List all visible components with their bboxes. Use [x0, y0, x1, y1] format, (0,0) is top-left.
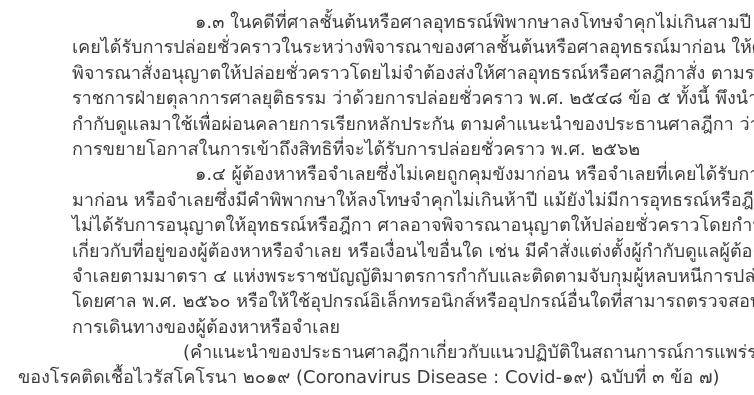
paragraph-section-1-4: ๑.๔ ผู้ต้องหาหรือจำเลยซึ่งไม่เคยถูกคุมขั… — [0, 162, 754, 340]
text-line: ๑.๓ ในคดีที่ศาลชั้นต้นหรือศาลอุทธรณ์พิพา… — [195, 10, 754, 35]
paragraph-section-1-3: ๑.๓ ในคดีที่ศาลชั้นต้นหรือศาลอุทธรณ์พิพา… — [0, 10, 754, 162]
text-line: (คำแนะนำของประธานศาลฎีกาเกี่ยวกับแนวปฏิบ… — [183, 340, 754, 365]
paragraph-citation-note: (คำแนะนำของประธานศาลฎีกาเกี่ยวกับแนวปฏิบ… — [0, 340, 754, 391]
text-line: จำเลยตามมาตรา ๔ แห่งพระราชบัญญัติมาตรการ… — [72, 264, 754, 289]
text-line: โดยศาล พ.ศ. ๒๕๖๐ หรือให้ใช้อุปกรณ์อิเล็ก… — [72, 289, 754, 314]
text-line: มาก่อน หรือจำเลยซึ่งมีคำพิพากษาให้ลงโทษจ… — [72, 188, 754, 213]
text-line: การขยายโอกาสในการเข้าถึงสิทธิที่จะได้รับ… — [72, 137, 754, 162]
text-line: ของโรคติดเชื้อไวรัสโคโรนา ๒๐๑๙ (Coronavi… — [18, 365, 754, 390]
text-line: กำกับดูแลมาใช้เพื่อผ่อนคลายการเรียกหลักป… — [72, 112, 754, 137]
text-line: ราชการฝ่ายตุลาการศาลยุติธรรม ว่าด้วยการป… — [72, 86, 754, 111]
document-page: ๑.๓ ในคดีที่ศาลชั้นต้นหรือศาลอุทธรณ์พิพา… — [0, 0, 754, 395]
text-line: พิจารณาสั่งอนุญาตให้ปล่อยชั่วคราวโดยไม่จ… — [72, 61, 754, 86]
text-line: ๑.๔ ผู้ต้องหาหรือจำเลยซึ่งไม่เคยถูกคุมขั… — [195, 162, 754, 187]
text-line: เคยได้รับการปล่อยชั่วคราวในระหว่างพิจารณ… — [72, 35, 754, 60]
text-line: ไม่ได้รับการอนุญาตให้อุทธรณ์หรือฎีกา ศาล… — [72, 213, 754, 238]
text-line: การเดินทางของผู้ต้องหาหรือจำเลย — [72, 315, 754, 340]
text-line: เกี่ยวกับที่อยู่ของผู้ต้องหาหรือจำเลย หร… — [72, 239, 754, 264]
